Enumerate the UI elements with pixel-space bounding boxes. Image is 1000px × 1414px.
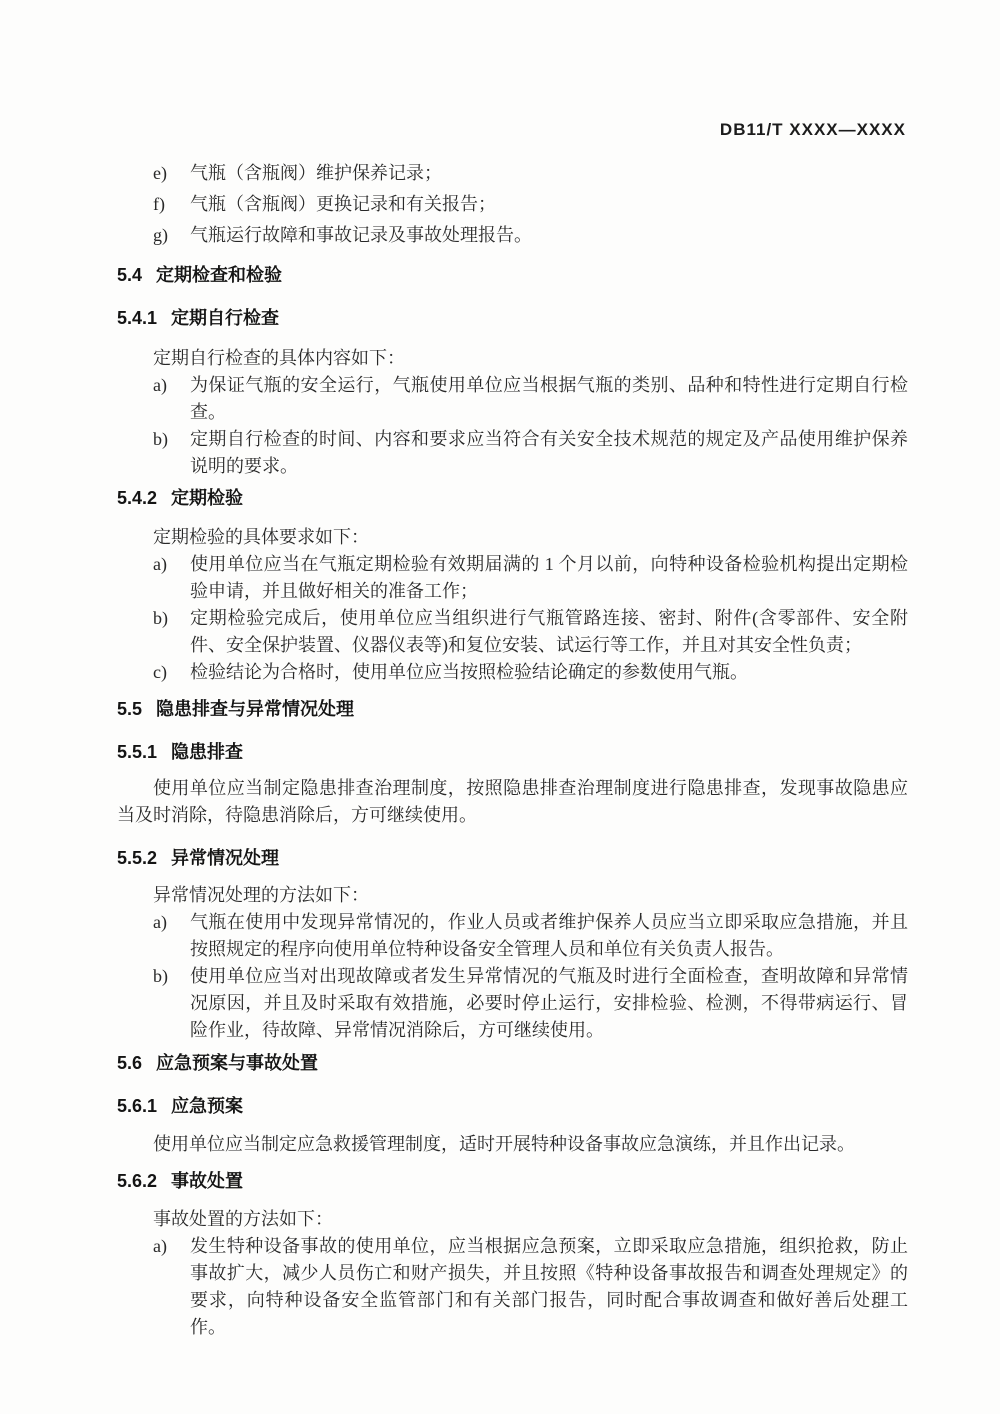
clause-text: 气瓶在使用中发现异常情况的，作业人员或者维护保养人员应当立即采取应急措施，并且按… bbox=[190, 909, 908, 963]
document-page: DB11/T XXXX—XXXX e) 气瓶（含瓶阀）维护保养记录； f) 气瓶… bbox=[0, 0, 1000, 1414]
clause-marker: a) bbox=[153, 1233, 190, 1341]
section-heading-5-6-1: 5.6.1应急预案 bbox=[117, 1093, 908, 1120]
clause-item-a: a) 气瓶在使用中发现异常情况的，作业人员或者维护保养人员应当立即采取应急措施，… bbox=[117, 909, 908, 963]
clause-marker: a) bbox=[153, 551, 190, 605]
section-heading-5-4-1: 5.4.1定期自行检查 bbox=[117, 305, 908, 332]
clause-marker: g) bbox=[153, 220, 190, 251]
section-number: 5.6.1 bbox=[117, 1096, 157, 1116]
clause-item-c: c) 检验结论为合格时，使用单位应当按照检验结论确定的参数使用气瓶。 bbox=[117, 659, 908, 686]
section-intro: 定期自行检查的具体内容如下： bbox=[117, 345, 908, 372]
section-title: 事故处置 bbox=[171, 1171, 243, 1191]
clause-marker: b) bbox=[153, 605, 190, 659]
section-title: 定期检验 bbox=[171, 488, 243, 508]
paragraph-5-5-1: 使用单位应当制定隐患排查治理制度，按照隐患排查治理制度进行隐患排查，发现事故隐患… bbox=[117, 775, 908, 829]
clause-text: 定期自行检查的时间、内容和要求应当符合有关安全技术规范的规定及产品使用维护保养说… bbox=[190, 426, 908, 480]
clause-text: 为保证气瓶的安全运行，气瓶使用单位应当根据气瓶的类别、品种和特性进行定期自行检查… bbox=[190, 372, 908, 426]
clause-item-a: a) 发生特种设备事故的使用单位，应当根据应急预案，立即采取应急措施，组织抢救，… bbox=[117, 1233, 908, 1341]
clause-marker: a) bbox=[153, 909, 190, 963]
section-title: 异常情况处理 bbox=[171, 848, 279, 868]
clause-list-5-4-2: a) 使用单位应当在气瓶定期检验有效期届满的 1 个月以前，向特种设备检验机构提… bbox=[117, 551, 908, 686]
clause-item-e: e) 气瓶（含瓶阀）维护保养记录； bbox=[117, 158, 908, 189]
clause-text: 使用单位应当对出现故障或者发生异常情况的气瓶及时进行全面检查，查明故障和异常情况… bbox=[190, 963, 908, 1044]
section-number: 5.4.2 bbox=[117, 488, 157, 508]
section-heading-5-5-2: 5.5.2异常情况处理 bbox=[117, 845, 908, 872]
section-intro: 事故处置的方法如下： bbox=[117, 1206, 908, 1233]
top-clause-list: e) 气瓶（含瓶阀）维护保养记录； f) 气瓶（含瓶阀）更换记录和有关报告； g… bbox=[117, 158, 908, 251]
paragraph-5-6-1: 使用单位应当制定应急救援管理制度，适时开展特种设备事故应急演练，并且作出记录。 bbox=[117, 1131, 908, 1158]
section-heading-5-4: 5.4定期检查和检验 bbox=[117, 262, 908, 289]
content-area: e) 气瓶（含瓶阀）维护保养记录； f) 气瓶（含瓶阀）更换记录和有关报告； g… bbox=[117, 158, 908, 1341]
section-title: 定期检查和检验 bbox=[156, 265, 282, 285]
clause-text: 使用单位应当在气瓶定期检验有效期届满的 1 个月以前，向特种设备检验机构提出定期… bbox=[190, 551, 908, 605]
section-number: 5.6.2 bbox=[117, 1171, 157, 1191]
clause-list-5-4-1: a) 为保证气瓶的安全运行，气瓶使用单位应当根据气瓶的类别、品种和特性进行定期自… bbox=[117, 372, 908, 480]
section-number: 5.5.1 bbox=[117, 742, 157, 762]
doc-code-header: DB11/T XXXX—XXXX bbox=[720, 120, 906, 140]
section-title: 隐患排查与异常情况处理 bbox=[156, 699, 354, 719]
clause-text: 气瓶（含瓶阀）维护保养记录； bbox=[190, 158, 908, 189]
section-heading-5-6: 5.6应急预案与事故处置 bbox=[117, 1050, 908, 1077]
page-number: 5 bbox=[872, 1293, 881, 1313]
section-number: 5.5 bbox=[117, 699, 142, 719]
clause-item-a: a) 为保证气瓶的安全运行，气瓶使用单位应当根据气瓶的类别、品种和特性进行定期自… bbox=[117, 372, 908, 426]
clause-list-5-5-2: a) 气瓶在使用中发现异常情况的，作业人员或者维护保养人员应当立即采取应急措施，… bbox=[117, 909, 908, 1044]
section-title: 隐患排查 bbox=[171, 742, 243, 762]
clause-marker: c) bbox=[153, 659, 190, 686]
section-intro: 定期检验的具体要求如下： bbox=[117, 524, 908, 551]
section-number: 5.6 bbox=[117, 1053, 142, 1073]
clause-text: 检验结论为合格时，使用单位应当按照检验结论确定的参数使用气瓶。 bbox=[190, 659, 908, 686]
section-heading-5-6-2: 5.6.2事故处置 bbox=[117, 1168, 908, 1195]
clause-item-b: b) 定期自行检查的时间、内容和要求应当符合有关安全技术规范的规定及产品使用维护… bbox=[117, 426, 908, 480]
clause-list-5-6-2: a) 发生特种设备事故的使用单位，应当根据应急预案，立即采取应急措施，组织抢救，… bbox=[117, 1233, 908, 1341]
clause-item-g: g) 气瓶运行故障和事故记录及事故处理报告。 bbox=[117, 220, 908, 251]
clause-marker: e) bbox=[153, 158, 190, 189]
section-number: 5.5.2 bbox=[117, 848, 157, 868]
clause-item-a: a) 使用单位应当在气瓶定期检验有效期届满的 1 个月以前，向特种设备检验机构提… bbox=[117, 551, 908, 605]
section-intro: 异常情况处理的方法如下： bbox=[117, 882, 908, 909]
section-title: 应急预案与事故处置 bbox=[156, 1053, 318, 1073]
section-number: 5.4 bbox=[117, 265, 142, 285]
section-heading-5-5-1: 5.5.1隐患排查 bbox=[117, 739, 908, 766]
section-title: 应急预案 bbox=[171, 1096, 243, 1116]
clause-marker: a) bbox=[153, 372, 190, 426]
clause-item-f: f) 气瓶（含瓶阀）更换记录和有关报告； bbox=[117, 189, 908, 220]
section-title: 定期自行检查 bbox=[171, 308, 279, 328]
section-heading-5-5: 5.5隐患排查与异常情况处理 bbox=[117, 696, 908, 723]
clause-text: 气瓶运行故障和事故记录及事故处理报告。 bbox=[190, 220, 908, 251]
clause-item-b: b) 定期检验完成后，使用单位应当组织进行气瓶管路连接、密封、附件(含零部件、安… bbox=[117, 605, 908, 659]
clause-marker: f) bbox=[153, 189, 190, 220]
clause-text: 发生特种设备事故的使用单位，应当根据应急预案，立即采取应急措施，组织抢救，防止事… bbox=[190, 1233, 908, 1341]
clause-marker: b) bbox=[153, 426, 190, 480]
section-number: 5.4.1 bbox=[117, 308, 157, 328]
clause-text: 气瓶（含瓶阀）更换记录和有关报告； bbox=[190, 189, 908, 220]
clause-item-b: b) 使用单位应当对出现故障或者发生异常情况的气瓶及时进行全面检查，查明故障和异… bbox=[117, 963, 908, 1044]
section-heading-5-4-2: 5.4.2定期检验 bbox=[117, 485, 908, 512]
clause-marker: b) bbox=[153, 963, 190, 1044]
clause-text: 定期检验完成后，使用单位应当组织进行气瓶管路连接、密封、附件(含零部件、安全附件… bbox=[190, 605, 908, 659]
